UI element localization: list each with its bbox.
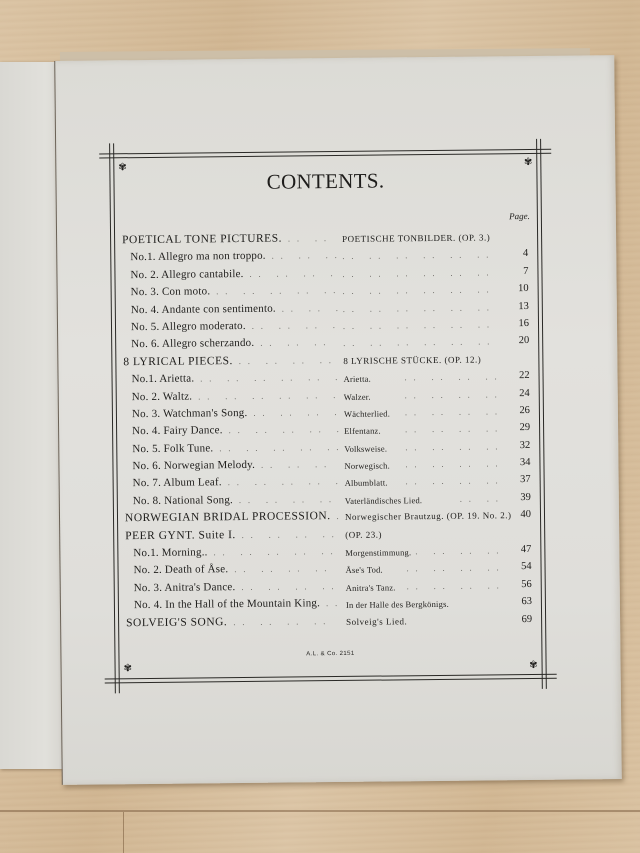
- german-title: POETISCHE TONBILDER. (OP. 3.): [342, 232, 490, 244]
- toc-english-cell: 8 LYRICAL PIECES... .. .. .. .. .. .. ..…: [123, 354, 338, 368]
- page-column-label: Page.: [509, 211, 530, 221]
- dot-leader: .. .. .. ..: [405, 442, 504, 452]
- english-title: No. 3. Anitra's Dance.: [126, 581, 236, 594]
- frame-rule-right: [536, 139, 547, 689]
- toc-english-cell: No. 2. Allegro cantabile... .. .. .. .. …: [122, 267, 337, 281]
- english-title: No. 3. Watchman's Song.: [124, 407, 248, 420]
- english-title: No. 2. Allegro cantabile.: [122, 268, 243, 281]
- dot-leader: .. .. .. .. .. .. .. .. .. .. .. ..: [227, 617, 341, 627]
- dot-leader: .. .. .. .. .. .. .. .. .. .. .. ..: [246, 321, 338, 331]
- dot-leader: .. .. .. .. .. .. .. .. .. .. .. ..: [247, 408, 339, 418]
- toc-english-cell: No.1. Allegro ma non troppo... .. .. .. …: [122, 249, 337, 263]
- dot-leader: .. .. .. .. .. .. .. .. .. .. .. ..: [342, 268, 502, 279]
- dot-leader: .. .. .. .. .. .. .. .. .. .. .. ..: [320, 599, 341, 608]
- dot-leader: .. .. .. ..: [407, 581, 506, 591]
- dot-leader: .. .. .. .. .. .. .. .. .. .. .. ..: [228, 564, 340, 574]
- toc-english-cell: No. 3. Anitra's Dance... .. .. .. .. .. …: [126, 580, 341, 594]
- english-title: No. 6. Norwegian Melody.: [124, 459, 255, 472]
- dot-leader: .. .. .. ..: [405, 407, 504, 417]
- table-plank-seam-vertical: [123, 812, 124, 853]
- page-number: 56: [510, 579, 532, 590]
- page-number: 34: [508, 457, 530, 468]
- english-title: No.1. Allegro ma non troppo.: [122, 250, 266, 264]
- dot-leader: .. .. .. .. .. .. .. .. .. .. .. ..: [343, 338, 503, 349]
- english-title: No. 4. Andante con sentimento.: [123, 302, 276, 316]
- dot-leader: .. .. .. .. .. .. .. .. .. .. .. ..: [343, 303, 503, 314]
- dot-leader: .. .. .. ..: [406, 546, 505, 556]
- dot-leader: .. .. .. ..: [405, 459, 504, 469]
- toc-english-cell: No. 7. Album Leaf... .. .. .. .. .. .. .…: [125, 475, 340, 489]
- page-number: 24: [508, 388, 530, 399]
- dot-leader: .. .. .. ..: [405, 372, 504, 382]
- toc-english-cell: No. 2. Waltz... .. .. .. .. .. .. .. .. …: [124, 389, 339, 403]
- page-title: CONTENTS.: [111, 167, 539, 196]
- page-number: 4: [506, 248, 528, 259]
- page-number: 7: [506, 266, 528, 277]
- dot-leader: .. .. .. .. .. .. .. .. .. .. .. ..: [282, 234, 337, 244]
- dot-leader: .. .. .. .. .. .. .. .. .. .. .. ..: [208, 547, 341, 557]
- page-number: 63: [510, 596, 532, 607]
- german-title: Anitra's Tanz.: [346, 582, 396, 593]
- dot-leader: .. .. .. ..: [406, 477, 505, 487]
- toc-english-cell: No. 4. In the Hall of the Mountain King.…: [126, 597, 341, 611]
- page-number: 10: [507, 283, 529, 294]
- english-title: PEER GYNT. Suite I.: [125, 529, 236, 542]
- dot-leader: .. .. .. .. .. .. .. .. .. .. .. ..: [192, 391, 339, 402]
- page-number: 29: [508, 422, 530, 433]
- dot-leader: .. .. .. .. .. .. .. .. .. .. .. ..: [266, 251, 338, 261]
- english-title: No.1. Arietta.: [123, 373, 194, 386]
- english-title: SOLVEIG'S SONG.: [126, 616, 227, 629]
- dot-leader: .. .. .. .. .. .. .. .. .. .. .. ..: [255, 460, 339, 470]
- page-number: 47: [509, 544, 531, 555]
- page-number: 32: [508, 440, 530, 451]
- dot-leader: .. .. .. ..: [407, 564, 506, 574]
- german-title: Elfentanz.: [344, 426, 381, 436]
- german-title: Albumblatt.: [345, 478, 388, 488]
- toc-english-cell: SOLVEIG'S SONG... .. .. .. .. .. .. .. .…: [126, 615, 341, 629]
- toc-english-cell: No. 8. National Song... .. .. .. .. .. .…: [125, 493, 340, 507]
- page-number: 26: [508, 405, 530, 416]
- toc-english-cell: No. 3. Con moto... .. .. .. .. .. .. .. …: [123, 284, 338, 298]
- english-title: No. 2. Death of Åse.: [126, 564, 229, 577]
- page-number: 39: [509, 492, 531, 503]
- english-title: No.1. Morning..: [125, 546, 207, 559]
- frame-rule-bottom: [105, 674, 557, 684]
- toc-english-cell: No.1. Arietta... .. .. .. .. .. .. .. ..…: [123, 371, 338, 385]
- english-title: POETICAL TONE PICTURES.: [122, 233, 282, 247]
- corner-ornament-icon: ✾: [529, 661, 537, 671]
- dot-leader: .. .. .. .. .. .. .. .. .. .. .. ..: [194, 373, 338, 384]
- corner-ornament-icon: ✾: [124, 664, 132, 674]
- contents-page: ✾ ✾ ✾ ✾ CONTENTS. Page. POETICAL TONE PI…: [54, 55, 622, 785]
- page-number: 22: [507, 370, 529, 381]
- german-title: 8 LYRISCHE STÜCKE. (OP. 12.): [343, 354, 481, 365]
- german-title: Wächterlied.: [344, 408, 390, 418]
- german-title: Norwegischer Brautzug. (OP. 19. No. 2.): [345, 510, 512, 522]
- dot-leader: .. .. .. .. .. .. .. .. .. .. .. ..: [244, 269, 338, 279]
- dot-leader: .. .. .. ..: [405, 390, 504, 400]
- page-number: 69: [510, 614, 532, 625]
- dot-leader: .. .. .. ..: [405, 425, 504, 435]
- english-title: No. 5. Folk Tune.: [124, 442, 213, 455]
- english-title: No. 4. Fairy Dance.: [124, 425, 223, 438]
- dot-leader: .. .. .. .. .. .. .. .. .. .. .. ..: [233, 495, 340, 505]
- toc-english-cell: No. 4. Andante con sentimento... .. .. .…: [123, 302, 338, 316]
- page-number: 20: [507, 335, 529, 346]
- english-title: No. 6. Allegro scherzando.: [123, 337, 254, 350]
- dot-leader: .. .. .. .. .. .. .. .. .. .. .. ..: [210, 286, 337, 296]
- toc-english-cell: No. 2. Death of Åse... .. .. .. .. .. ..…: [126, 562, 341, 576]
- dot-leader: .. .. .. .. .. .. .. .. .. .. .. ..: [222, 477, 340, 487]
- table-of-contents: POETICAL TONE PICTURES... .. .. .. .. ..…: [122, 229, 532, 633]
- toc-english-cell: NORWEGIAN BRIDAL PROCESSION... .. .. .. …: [125, 510, 340, 524]
- toc-english-cell: POETICAL TONE PICTURES... .. .. .. .. ..…: [122, 232, 337, 246]
- dot-leader: .. .. .. .. .. .. .. .. .. .. .. ..: [233, 356, 339, 366]
- english-title: 8 LYRICAL PIECES.: [123, 355, 233, 368]
- toc-english-cell: No. 6. Allegro scherzando... .. .. .. ..…: [123, 336, 338, 350]
- toc-section-row: SOLVEIG'S SONG... .. .. .. .. .. .. .. .…: [126, 612, 532, 634]
- dot-leader: .. .. .. .. .. .. .. .. .. .. .. ..: [223, 425, 340, 435]
- dot-leader: .. .. .. .. .. .. .. .. .. .. .. ..: [343, 285, 503, 296]
- page-number: 16: [507, 318, 529, 329]
- german-title: Norwegisch.: [344, 461, 390, 471]
- english-title: No. 8. National Song.: [125, 494, 233, 507]
- english-title: No. 5. Allegro moderato.: [123, 320, 246, 333]
- english-title: No. 7. Album Leaf.: [125, 477, 222, 490]
- dot-leader: .. .. .. .. .. .. .. .. .. .. .. ..: [254, 338, 338, 348]
- toc-english-cell: No. 4. Fairy Dance... .. .. .. .. .. .. …: [124, 423, 339, 437]
- english-title: No. 3. Con moto.: [123, 286, 211, 299]
- dot-leader: .. ..: [460, 494, 505, 503]
- publisher-mark: A.L. & Co. 2151: [116, 649, 544, 659]
- page-number: 54: [509, 561, 531, 572]
- german-title: Arietta.: [344, 374, 371, 384]
- decorative-frame: ✾ ✾ ✾ ✾ CONTENTS. Page. POETICAL TONE PI…: [111, 151, 544, 681]
- dot-leader: .. .. .. .. .. .. .. .. .. .. .. ..: [236, 530, 341, 540]
- english-title: NORWEGIAN BRIDAL PROCESSION.: [125, 510, 331, 524]
- dot-leader: .. .. .. .. .. .. .. .. .. .. .. ..: [235, 582, 340, 592]
- page-number: 40: [509, 509, 531, 520]
- toc-english-cell: PEER GYNT. Suite I... .. .. .. .. .. .. …: [125, 528, 340, 542]
- page-number: 37: [509, 474, 531, 485]
- dot-leader: .. .. .. .. .. .. .. .. .. .. .. ..: [331, 512, 341, 521]
- toc-english-cell: No. 5. Allegro moderato... .. .. .. .. .…: [123, 319, 338, 333]
- german-title: (OP. 23.): [345, 529, 382, 539]
- frame-rule-left: [109, 143, 120, 693]
- german-title: Morgenstimmung.: [345, 547, 411, 558]
- english-title: No. 2. Waltz.: [124, 390, 193, 403]
- german-title: Volksweise.: [344, 443, 387, 453]
- english-title: No. 4. In the Hall of the Mountain King.: [126, 597, 320, 611]
- page-number: 13: [507, 301, 529, 312]
- german-title: Walzer.: [344, 391, 371, 401]
- toc-english-cell: No. 3. Watchman's Song... .. .. .. .. ..…: [124, 406, 339, 420]
- dot-leader: .. .. .. .. .. .. .. .. .. .. .. ..: [343, 320, 503, 331]
- toc-english-cell: No.1. Morning.... .. .. .. .. .. .. .. .…: [125, 545, 340, 559]
- table-plank-seam: [0, 810, 640, 812]
- german-title: Vaterländisches Lied.: [345, 495, 422, 506]
- dot-leader: .. .. .. .. .. .. .. .. .. .. .. ..: [276, 304, 338, 314]
- toc-english-cell: No. 5. Folk Tune... .. .. .. .. .. .. ..…: [124, 441, 339, 455]
- dot-leader: .. .. .. .. .. .. .. .. .. .. .. ..: [213, 443, 339, 453]
- german-title: Solveig's Lied.: [346, 616, 407, 627]
- dot-leader: .. .. .. .. .. .. .. .. .. .. .. ..: [342, 251, 502, 262]
- german-title: Åse's Tod.: [346, 565, 383, 575]
- toc-english-cell: No. 6. Norwegian Melody... .. .. .. .. .…: [124, 458, 339, 472]
- german-title: In der Halle des Bergkönigs.: [346, 599, 449, 610]
- frame-rule-top: [99, 149, 551, 159]
